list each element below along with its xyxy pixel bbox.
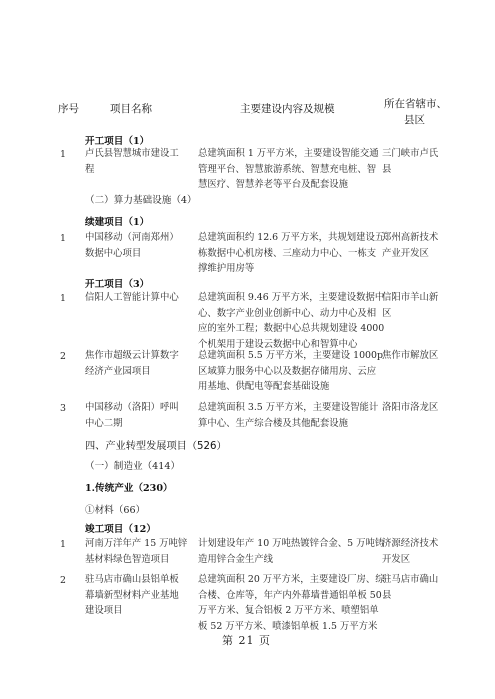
- project-location: 三门峡市卢氏 县: [382, 146, 438, 177]
- project-location: 郑州高新技术 产业开发区: [382, 230, 438, 261]
- column-header-location-1: 所在省辖市、: [384, 96, 447, 111]
- text-line: 算中心、生产综合楼及其他配套设施: [198, 416, 378, 432]
- text-line: 心、数字产业创业创新中心、动力中心及相: [198, 306, 384, 322]
- project-name: 焦作市超级云计算数字 经济产业园项目: [85, 348, 179, 379]
- project-content: 总建筑面积 1 万平方米，主要建设智能交通 管理平台、智慧旅游系统、智慧充电桩、…: [198, 146, 379, 193]
- section-heading: 续建项目（1）: [85, 214, 149, 228]
- text-line: 区域算力服务中心以及数据存储用房、云应: [198, 364, 383, 380]
- text-line: 造用锌合金生产线: [198, 552, 384, 568]
- project-content: 总建筑面积 3.5 万平方米，主要建设智能计 算中心、生产综合楼及其他配套设施: [198, 400, 378, 431]
- page-number: 第 21 页: [222, 632, 271, 648]
- text-line: 万平方米、复合铝板 2 万平方米、喷塑铝单: [198, 603, 385, 619]
- row-number: 1: [60, 233, 66, 244]
- section-heading: （二）算力基础设施（4）: [85, 192, 197, 206]
- text-line: 总建筑面积 1 万平方米，主要建设智能交通: [198, 146, 379, 162]
- text-line: 县: [382, 588, 438, 604]
- column-header-name: 项目名称: [110, 101, 152, 116]
- text-line: 焦作市解放区: [382, 348, 438, 364]
- column-header-no: 序号: [58, 101, 79, 116]
- row-number: 1: [60, 293, 66, 304]
- section-heading: ①材料（66）: [85, 502, 145, 516]
- text-line: 数据中心项目: [85, 246, 179, 262]
- text-line: 驻马店市确山: [382, 572, 438, 588]
- text-line: 合楼、仓库等，年产内外幕墙普通铝单板 50: [198, 588, 385, 604]
- text-line: 中国移动（洛阳）呼叫: [85, 400, 179, 416]
- row-number: 3: [60, 403, 66, 414]
- text-line: 基材料绿色智造项目: [85, 552, 187, 568]
- column-header-location-2: 县区: [404, 112, 425, 127]
- text-line: 建设项目: [85, 603, 179, 619]
- text-line: 撑维护用房等: [198, 261, 384, 277]
- text-line: 总建筑面积 3.5 万平方米，主要建设智能计: [198, 400, 378, 416]
- project-content: 总建筑面积 9.46 万平方米，主要建设数据中 心、数字产业创业创新中心、动力中…: [198, 290, 384, 352]
- project-content: 计划建设年产 10 万吨热镀锌合金、5 万吨铸 造用锌合金生产线: [198, 536, 384, 567]
- text-line: 幕墙新型材料产业基地: [85, 588, 179, 604]
- text-line: 产业开发区: [382, 246, 438, 262]
- row-number: 1: [60, 539, 66, 550]
- text-line: 计划建设年产 10 万吨热镀锌合金、5 万吨铸: [198, 536, 384, 552]
- text-line: 开发区: [382, 552, 438, 568]
- section-heading: 竣工项目（12）: [85, 521, 156, 535]
- text-line: 总建筑面积 9.46 万平方米，主要建设数据中: [198, 290, 384, 306]
- text-line: 慧医疗、智慧养老等平台及配套设施: [198, 177, 379, 193]
- text-line: 洛阳市洛龙区: [382, 400, 438, 416]
- project-name: 河南万洋年产 15 万吨锌 基材料绿色智造项目: [85, 536, 187, 567]
- section-heading: 四、产业转型发展项目（526）: [85, 437, 227, 452]
- project-name: 中国移动（河南郑州） 数据中心项目: [85, 230, 179, 261]
- row-number: 1: [60, 149, 66, 160]
- text-line: 河南万洋年产 15 万吨锌: [85, 536, 187, 552]
- text-line: 经济产业园项目: [85, 364, 179, 380]
- text-line: 卢氏县智慧城市建设工: [85, 146, 179, 162]
- text-line: 郑州高新技术: [382, 230, 438, 246]
- column-header-content: 主要建设内容及规模: [240, 101, 335, 116]
- text-line: 程: [85, 162, 179, 178]
- project-content: 总建筑面积 20 万平方米，主要建设厂房、综 合楼、仓库等，年产内外幕墙普通铝单…: [198, 572, 385, 634]
- text-line: 总建筑面积 5.5 万平方米，主要建设 1000p: [198, 348, 383, 364]
- text-line: 应的室外工程；数据中心总共规划建设 4000: [198, 321, 384, 337]
- text-line: 中国移动（河南郑州）: [85, 230, 179, 246]
- project-content: 总建筑面积 5.5 万平方米，主要建设 1000p 区域算力服务中心以及数据存储…: [198, 348, 383, 395]
- text-line: 信阳市羊山新: [382, 290, 438, 306]
- project-location: 驻马店市确山 县: [382, 572, 438, 603]
- text-line: 区: [382, 306, 438, 322]
- text-line: 驻马店市确山县铝单板: [85, 572, 179, 588]
- text-line: 县: [382, 162, 438, 178]
- project-location: 济源经济技术 开发区: [382, 536, 438, 567]
- section-heading: 开工项目（1）: [85, 133, 149, 147]
- project-location: 焦作市解放区: [382, 348, 438, 364]
- project-name: 中国移动（洛阳）呼叫 中心二期: [85, 400, 179, 431]
- text-line: 济源经济技术: [382, 536, 438, 552]
- section-heading: （一）制造业（414）: [85, 458, 180, 472]
- project-location: 洛阳市洛龙区: [382, 400, 438, 416]
- text-line: 总建筑面积 20 万平方米，主要建设厂房、综: [198, 572, 385, 588]
- text-line: 中心二期: [85, 416, 179, 432]
- text-line: 信阳人工智能计算中心: [85, 290, 179, 306]
- text-line: 焦作市超级云计算数字: [85, 348, 179, 364]
- text-line: 三门峡市卢氏: [382, 146, 438, 162]
- text-line: 管理平台、智慧旅游系统、智慧充电桩、智: [198, 162, 379, 178]
- row-number: 2: [60, 351, 66, 362]
- project-name: 信阳人工智能计算中心: [85, 290, 179, 306]
- project-content: 总建筑面积约 12.6 万平方米，共规划建设五 栋数据中心机房楼、三座动力中心、…: [198, 230, 384, 277]
- project-name: 卢氏县智慧城市建设工 程: [85, 146, 179, 177]
- text-line: 用基地、供配电等配套基础设施: [198, 379, 383, 395]
- text-line: 总建筑面积约 12.6 万平方米，共规划建设五: [198, 230, 384, 246]
- project-location: 信阳市羊山新 区: [382, 290, 438, 321]
- row-number: 2: [60, 575, 66, 586]
- project-name: 驻马店市确山县铝单板 幕墙新型材料产业基地 建设项目: [85, 572, 179, 619]
- section-heading: 1.传统产业（230）: [85, 480, 173, 494]
- section-heading: 开工项目（3）: [85, 276, 149, 290]
- text-line: 栋数据中心机房楼、三座动力中心、一栋支: [198, 246, 384, 262]
